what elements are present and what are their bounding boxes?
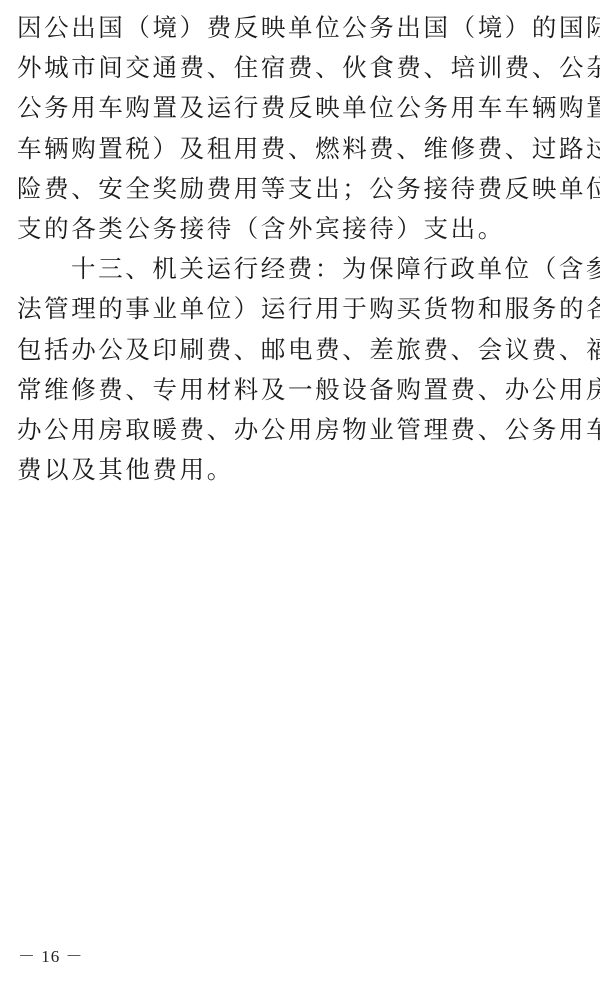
text-line: 法管理的事业单位）运行用于购买货物和服务的各项资金， (17, 289, 583, 329)
text-line: 公务用车购置及运行费反映单位公务用车车辆购置支出（含 (17, 88, 583, 128)
document-page: 因公出国（境）费反映单位公务出国（境）的国际旅费、国 外城市间交通费、住宿费、伙… (0, 0, 600, 982)
page-number: － 16 － (18, 944, 84, 970)
text-line: 车辆购置税）及租用费、燃料费、维修费、过路过桥费、保 (17, 129, 583, 169)
text-line: 外城市间交通费、住宿费、伙食费、培训费、公杂费等支出； (17, 48, 583, 88)
paragraph-public-expenses-continued: 因公出国（境）费反映单位公务出国（境）的国际旅费、国 外城市间交通费、住宿费、伙… (17, 8, 583, 249)
body-text: 因公出国（境）费反映单位公务出国（境）的国际旅费、国 外城市间交通费、住宿费、伙… (17, 8, 583, 490)
section-heading-line: 十三、机关运行经费：为保障行政单位（含参照公务员 (17, 249, 583, 289)
text-line: 费以及其他费用。 (17, 450, 583, 490)
text-line: 包括办公及印刷费、邮电费、差旅费、会议费、福利费、日 (17, 330, 583, 370)
paragraph-section-13-operating-expenses: 十三、机关运行经费：为保障行政单位（含参照公务员 法管理的事业单位）运行用于购买… (17, 249, 583, 490)
text-line: 常维修费、专用材料及一般设备购置费、办公用房水电费、 (17, 370, 583, 410)
text-line: 险费、安全奖励费用等支出；公务接待费反映单位按规定开 (17, 169, 583, 209)
text-line: 支的各类公务接待（含外宾接待）支出。 (17, 209, 583, 249)
text-line: 办公用房取暖费、办公用房物业管理费、公务用车运行维护 (17, 410, 583, 450)
text-line: 因公出国（境）费反映单位公务出国（境）的国际旅费、国 (17, 8, 583, 48)
